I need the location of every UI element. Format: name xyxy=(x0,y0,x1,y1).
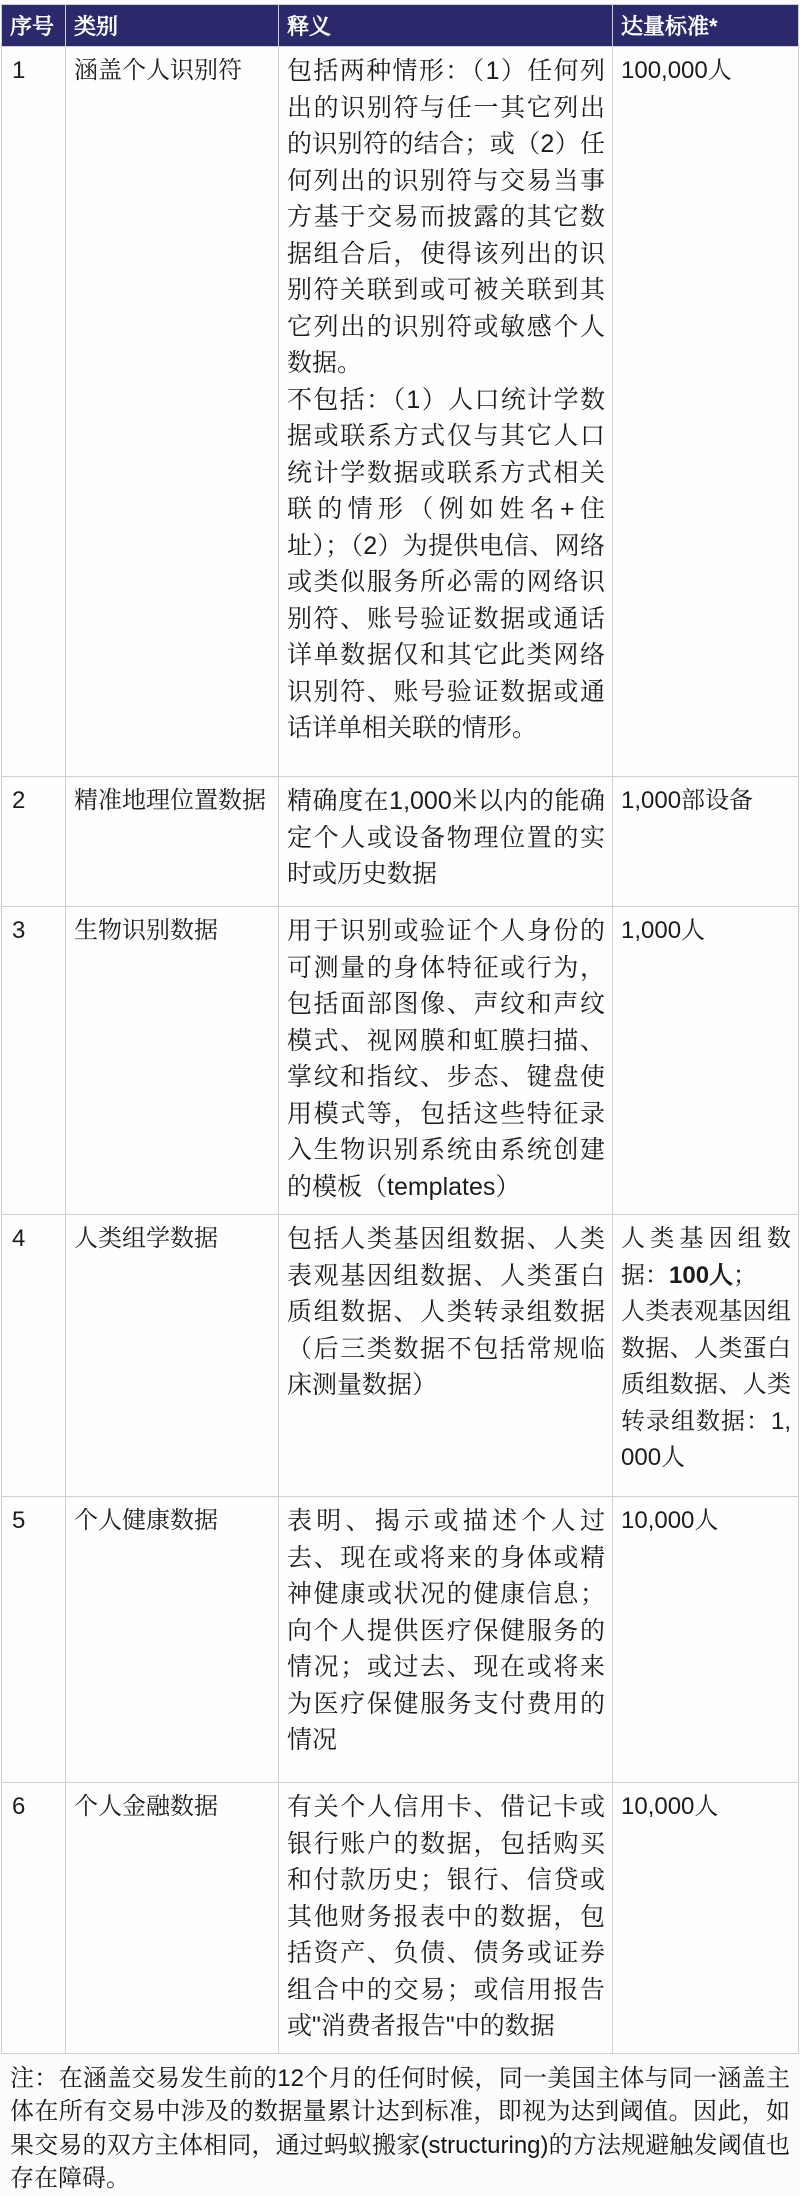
table-row: 4 人类组学数据 包括人类基因组数据、人类表观基因组数据、人类蛋白质组数据、人类… xyxy=(2,1215,799,1497)
threshold-cell: 人类基因组数据：100人； 人类表观基因组数据、人类蛋白质组数据、人类转录组数据… xyxy=(613,1215,799,1497)
table-body: 1 涵盖个人识别符 包括两种情形：（1）任何列出的识别符与任一其它列出的识别符的… xyxy=(2,47,799,2054)
col-header-index: 序号 xyxy=(2,5,66,47)
definition-cell: 用于识别或验证个人身份的可测量的身体特征或行为，包括面部图像、声纹和声纹模式、视… xyxy=(279,907,613,1215)
col-header-threshold: 达量标准* xyxy=(613,5,799,47)
col-header-category: 类别 xyxy=(66,5,279,47)
definition-cell: 包括两种情形：（1）任何列出的识别符与任一其它列出的识别符的结合；或（2）任何列… xyxy=(279,47,613,777)
table-row: 3 生物识别数据 用于识别或验证个人身份的可测量的身体特征或行为，包括面部图像、… xyxy=(2,907,799,1215)
header-row: 序号 类别 释义 达量标准* xyxy=(2,5,799,47)
threshold-cell: 1,000部设备 xyxy=(613,777,799,907)
index-cell: 3 xyxy=(2,907,66,1215)
index-cell: 6 xyxy=(2,1783,66,2054)
definition-cell: 包括人类基因组数据、人类表观基因组数据、人类蛋白质组数据、人类转录组数据（后三类… xyxy=(279,1215,613,1497)
footnote: 注：在涵盖交易发生前的12个月的任何时候，同一美国主体与同一涵盖主体在所有交易中… xyxy=(10,2062,790,2196)
definition-cell: 表明、揭示或描述个人过去、现在或将来的身体或精神健康或状况的健康信息；向个人提供… xyxy=(279,1497,613,1783)
category-cell: 生物识别数据 xyxy=(66,907,279,1215)
threshold-cell: 10,000人 xyxy=(613,1783,799,2054)
page: 序号 类别 释义 达量标准* 1 涵盖个人识别符 包括两种情形：（1）任何列出的… xyxy=(0,0,800,2196)
definition-cell: 精确度在1,000米以内的能确定个人或设备物理位置的实时或历史数据 xyxy=(279,777,613,907)
index-cell: 4 xyxy=(2,1215,66,1497)
threshold-text-suffix: ； 人类表观基因组数据、人类蛋白质组数据、人类转录组数据：1,000人 xyxy=(621,1262,791,1472)
category-cell: 精准地理位置数据 xyxy=(66,777,279,907)
table-header: 序号 类别 释义 达量标准* xyxy=(2,5,799,47)
threshold-cell: 10,000人 xyxy=(613,1497,799,1783)
category-cell: 个人健康数据 xyxy=(66,1497,279,1783)
category-cell: 人类组学数据 xyxy=(66,1215,279,1497)
table-row: 6 个人金融数据 有关个人信用卡、借记卡或银行账户的数据，包括购买和付款历史；银… xyxy=(2,1783,799,2054)
threshold-cell: 1,000人 xyxy=(613,907,799,1215)
index-cell: 2 xyxy=(2,777,66,907)
coverage-thresholds-table: 序号 类别 释义 达量标准* 1 涵盖个人识别符 包括两种情形：（1）任何列出的… xyxy=(1,4,799,2054)
threshold-bold-value: 100人 xyxy=(669,1262,733,1289)
category-cell: 涵盖个人识别符 xyxy=(66,47,279,777)
table-row: 5 个人健康数据 表明、揭示或描述个人过去、现在或将来的身体或精神健康或状况的健… xyxy=(2,1497,799,1783)
table-row: 1 涵盖个人识别符 包括两种情形：（1）任何列出的识别符与任一其它列出的识别符的… xyxy=(2,47,799,777)
table-row: 2 精准地理位置数据 精确度在1,000米以内的能确定个人或设备物理位置的实时或… xyxy=(2,777,799,907)
index-cell: 1 xyxy=(2,47,66,777)
definition-cell: 有关个人信用卡、借记卡或银行账户的数据，包括购买和付款历史；银行、信贷或其他财务… xyxy=(279,1783,613,2054)
category-cell: 个人金融数据 xyxy=(66,1783,279,2054)
index-cell: 5 xyxy=(2,1497,66,1783)
col-header-definition: 释义 xyxy=(279,5,613,47)
threshold-cell: 100,000人 xyxy=(613,47,799,777)
